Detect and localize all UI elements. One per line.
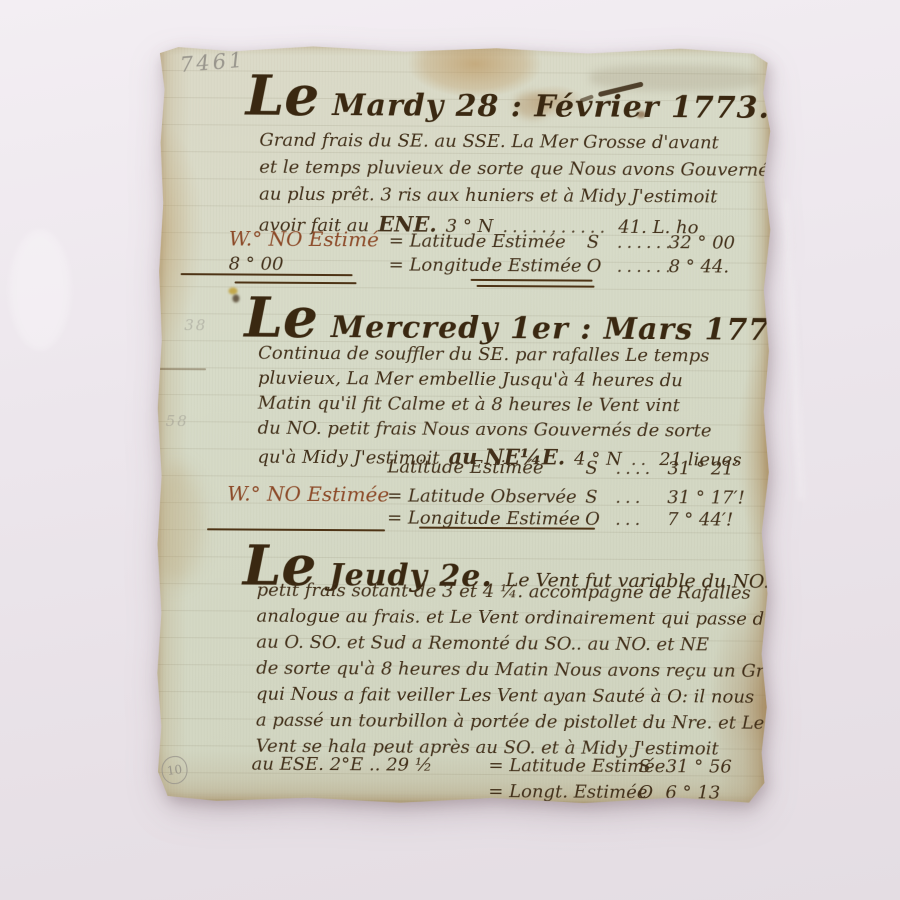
reading-label: = Longitude Estimée	[389, 254, 587, 276]
entry-body-jeudy: petit frais sotant de 3 et 4 ¼. accompag…	[256, 580, 813, 765]
margin-rule-fragment	[158, 368, 206, 370]
entry-date-title: Mercredy 1er : Mars 1773.	[331, 310, 804, 348]
manuscript-page-wrapper: 7461 38 58 Le Mardy 28 : Février 1773. L…	[155, 44, 772, 806]
body-line: Matin qu'il fit Calme et à 8 heures le V…	[258, 393, 742, 421]
ghost-pencil-mark: 58	[166, 412, 189, 430]
longitude-value: 7 ° 44′!	[667, 509, 755, 531]
latitude-value: 31 ° 56	[666, 756, 754, 778]
entry-separator-1	[477, 285, 595, 288]
body-line: au plus prêt. 3 ris aux huniers et à Mid…	[259, 184, 769, 214]
body-line: au O. SO. et Sud a Remonté du SO.. au NO…	[256, 632, 812, 661]
margin-wind-note: W.° NO Estimé	[229, 226, 389, 251]
entry-heading-mardy: Le Mardy 28 : Février 1773. Le Vent souf…	[246, 71, 900, 127]
dot-leader: ...	[615, 487, 667, 508]
body-line: Grand frais du SE. au SSE. La Mer Grosse…	[259, 130, 769, 160]
entry-title-continuation: Le Vent	[816, 323, 889, 345]
paper-stain	[151, 464, 202, 584]
entry-separator-1	[471, 279, 593, 282]
reading-label: Latitude Estimée	[387, 456, 585, 478]
longitude-value: 8 ° 44.	[669, 256, 757, 278]
inventory-number-pencil: 7461	[179, 48, 246, 77]
wax-fleck	[228, 287, 237, 294]
body-line: qui Nous a fait veiller Les Vent ayan Sa…	[256, 684, 812, 713]
body-line: petit frais sotant de 3 et 4 ¼. accompag…	[257, 580, 813, 609]
hemisphere: S	[585, 458, 615, 479]
margin-note-empty	[227, 471, 387, 472]
body-line: Continua de souffler du SE. par rafalles…	[258, 343, 742, 371]
reading-label: = Longt. Estimée	[488, 781, 638, 803]
body-line: pluvieux, La Mer embellie Jusqu'à 4 heur…	[258, 368, 742, 396]
ink-fleck	[232, 294, 239, 302]
page-circled-number-pencil: 10	[160, 754, 189, 785]
latitude-estimee-row: W.° NO Estimé = Latitude Estimée S .....…	[229, 226, 757, 253]
margin-wind-note: W.° NO Estimée	[227, 481, 387, 506]
hemisphere: O	[638, 782, 665, 803]
entry-separator-1	[181, 273, 353, 276]
entry-date-title: Mardy 28 : Février 1773.	[332, 88, 770, 126]
entry-separator-2	[207, 528, 385, 531]
hemisphere: O	[587, 256, 617, 277]
reading-label: = Latitude Estimée	[488, 755, 638, 777]
entry-separator-2	[419, 527, 595, 530]
latitude-estimee-row: Latitude Estimée S .... 31 ° 21′	[227, 455, 755, 479]
ghost-pencil-mark: 38	[184, 316, 207, 334]
course-and-distance-note: au ESE. 2°E .. 29 ½	[252, 754, 489, 776]
margin-note-empty	[227, 522, 387, 523]
latitude-estimee-row: au ESE. 2°E .. 29 ½ = Latitude Estimée S…	[252, 754, 754, 778]
body-line: a passé un tourbillon à portée de pistol…	[256, 710, 812, 739]
latitude-observee-row: W.° NO Estimée = Latitude Observée S ...…	[227, 481, 755, 508]
surface-crease	[782, 200, 805, 500]
surface-crease	[10, 230, 70, 350]
hemisphere: O	[585, 509, 615, 530]
photo-surface: 7461 38 58 Le Mardy 28 : Février 1773. L…	[0, 0, 900, 900]
entry-title-continuation: Le Vent souffla	[783, 101, 900, 124]
heading-initial: Le	[246, 71, 320, 121]
longitude-value: 6 ° 13	[665, 782, 753, 804]
heading-initial: Le	[244, 293, 318, 343]
dot-leader: ...	[615, 509, 667, 530]
margin-variation-note: 8 ° 00	[229, 253, 389, 275]
dot-leader: ........	[617, 232, 669, 253]
latitude-value: 31 ° 17′!	[667, 487, 755, 509]
dot-leader: ........	[617, 256, 669, 277]
entry-body-mercredy: Continua de souffler du SE. par rafalles…	[257, 343, 742, 471]
entry-body-mardy: Grand frais du SE. au SSE. La Mer Grosse…	[259, 130, 769, 241]
margin-note-empty	[251, 796, 488, 797]
reading-label: = Latitude Estimée	[389, 230, 587, 252]
reading-label: = Latitude Observée	[387, 485, 585, 507]
hemisphere: S	[638, 756, 665, 777]
body-line: de sorte qu'à 8 heures du Matin Nous avo…	[256, 658, 812, 687]
dot-leader: ....	[615, 458, 667, 479]
manuscript-page: 7461 38 58 Le Mardy 28 : Février 1773. L…	[155, 44, 772, 806]
longitude-estimee-row: = Longt. Estimée O .... 6 ° 13	[251, 780, 753, 804]
body-line: analogue au frais. et Le Vent ordinairem…	[256, 606, 812, 635]
hemisphere: S	[585, 487, 615, 508]
latitude-value: 32 ° 00	[669, 232, 757, 254]
latitude-value: 31 ° 21′	[667, 458, 755, 480]
body-line: du NO. petit frais Nous avons Gouvernés …	[258, 418, 742, 446]
body-line: et le temps pluvieux de sorte que Nous a…	[259, 157, 769, 187]
hemisphere: S	[587, 232, 617, 253]
